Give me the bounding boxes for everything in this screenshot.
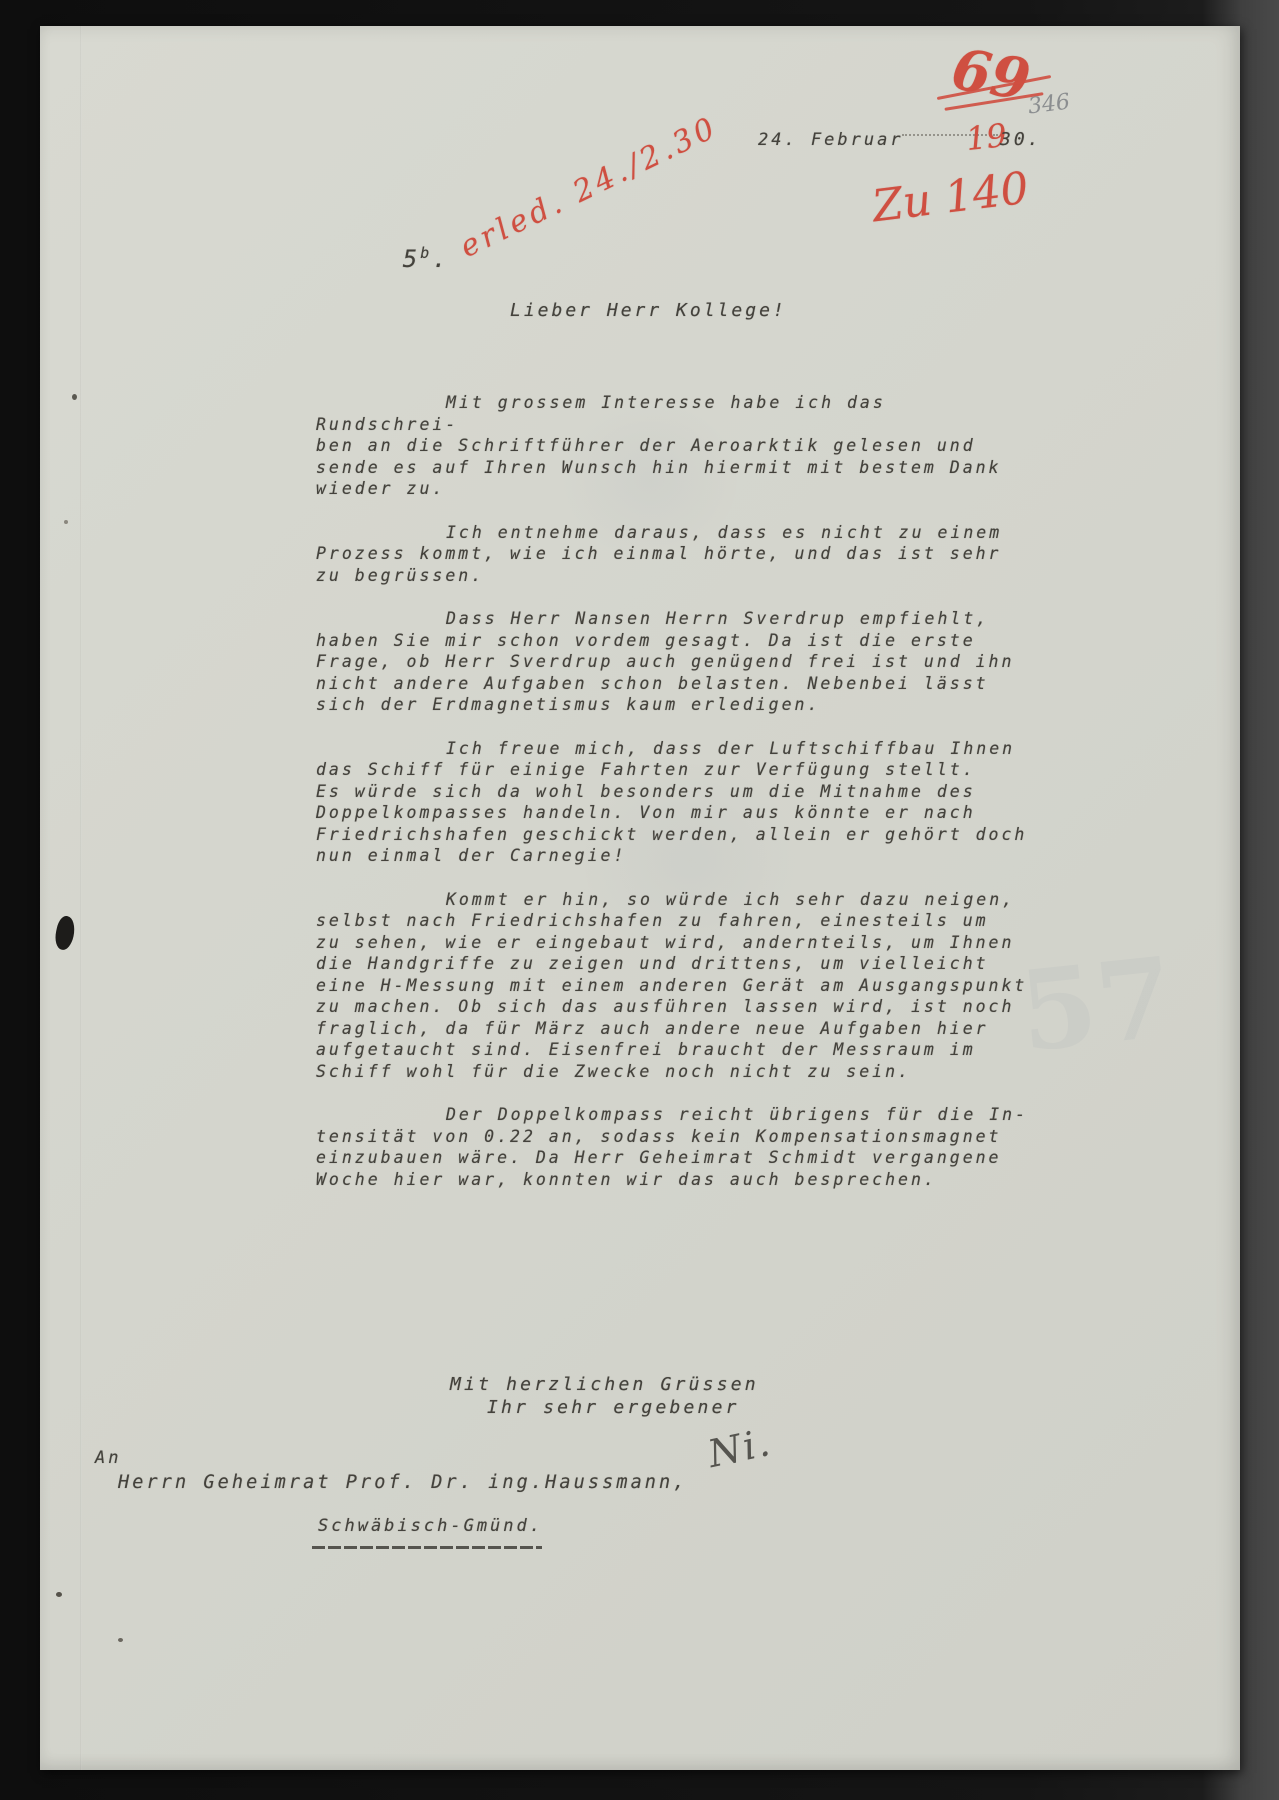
paragraph-5: Kommt er hin, so würde ich sehr dazu nei… <box>316 889 1040 1083</box>
closing-greeting: Mit herzlichen Grüssen <box>450 1374 759 1395</box>
paragraph-1: Mit grossem Interesse habe ich das Runds… <box>316 392 1040 500</box>
date-text: 24. Februar <box>758 130 904 150</box>
pencil-folio-number: 346 <box>1027 90 1072 120</box>
paragraph-3: Dass Herr Nansen Herrn Sverdrup empfiehl… <box>316 608 1040 716</box>
page-mark: 5b. <box>333 216 450 301</box>
paper-speck <box>118 1638 123 1642</box>
paper-speck <box>72 394 77 400</box>
letter-body: Mit grossem Interesse habe ich das Runds… <box>316 392 1040 1212</box>
address-recipient: Herrn Geheimrat Prof. Dr. ing.Haussmann, <box>118 1472 688 1493</box>
page-mark-dot: . <box>432 245 449 273</box>
page-mark-base: 5 <box>403 245 420 273</box>
paragraph-2: Ich entnehme daraus, dass es nicht zu ei… <box>316 522 1040 587</box>
closing-signoff: Ihr sehr ergebener <box>487 1397 740 1418</box>
address-city: Schwäbisch-Gmünd. <box>318 1516 543 1536</box>
city-underline <box>312 1546 542 1549</box>
paper-speck <box>56 1592 62 1597</box>
paper-fold-line <box>80 26 82 1770</box>
paragraph-4: Ich freue mich, dass der Luftschiffbau I… <box>316 738 1040 867</box>
paragraph-6: Der Doppelkompass reicht übrigens für di… <box>316 1104 1040 1190</box>
salutation: Lieber Herr Kollege! <box>510 300 787 321</box>
year-typed-text: 30. <box>1000 129 1042 150</box>
paper-speck <box>64 520 68 524</box>
address-an: An <box>95 1448 121 1468</box>
scan-page: 57 24. Februar 19 30. 69 346 Zu 140 erle… <box>0 0 1279 1800</box>
page-mark-sup: b <box>420 244 432 262</box>
